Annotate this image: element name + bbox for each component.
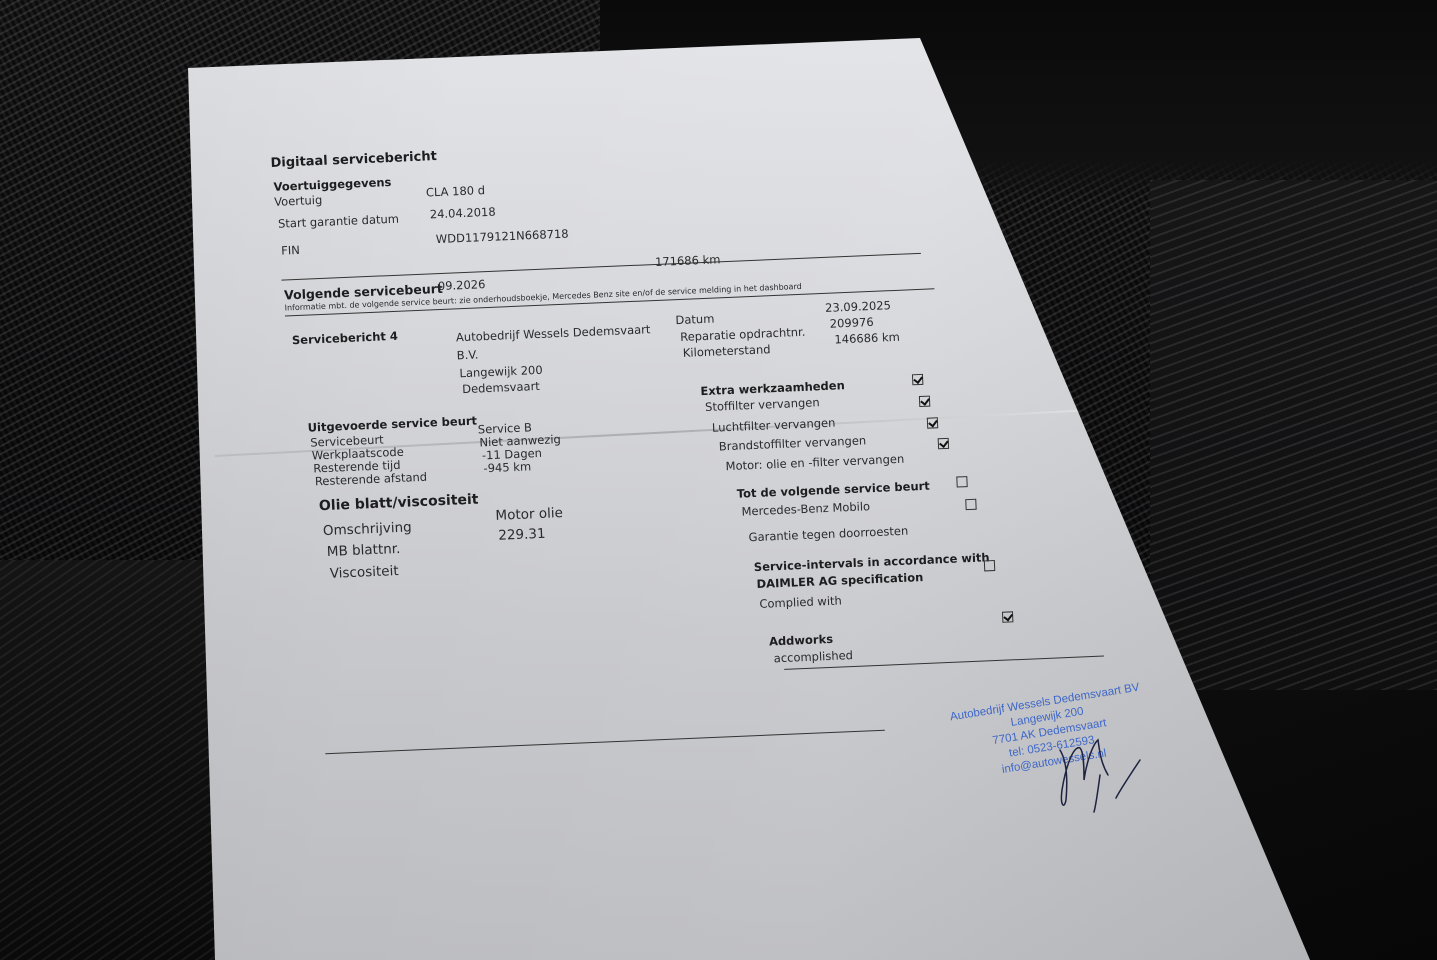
seat-bolster-right <box>1150 180 1437 700</box>
viscosity-label: Viscositeit <box>329 563 398 582</box>
performed-service-heading: Uitgevoerde service beurt <box>307 414 477 435</box>
addworks-heading: Addworks <box>769 632 834 649</box>
warranty-start-label: Start garantie datum <box>278 212 399 231</box>
fin-label: FIN <box>281 243 300 258</box>
odometer-value: 146686 km <box>834 330 900 347</box>
warranty-start-value: 24.04.2018 <box>430 205 496 222</box>
section-divider <box>281 253 920 281</box>
cabin-filter-checkbox[interactable] <box>912 374 923 385</box>
vehicle-value: CLA 180 d <box>426 183 486 199</box>
mobilo-label: Mercedes-Benz Mobilo <box>741 499 870 518</box>
intervals-heading-line1: Service-intervals in accordance with <box>754 550 990 574</box>
next-service-mileage: 171686 km <box>655 252 721 269</box>
seat-cushion-left <box>0 560 240 960</box>
extra-work-item-label: Brandstoffilter vervangen <box>719 433 867 453</box>
remaining-distance-value: -945 km <box>483 459 531 475</box>
extra-work-heading: Extra werkzaamheden <box>700 378 845 398</box>
dealer-name-line2: B.V. <box>456 347 478 362</box>
oil-description-label: Omschrijving <box>323 519 412 539</box>
date-value: 23.09.2025 <box>825 298 891 315</box>
intervals-complied-checkbox[interactable] <box>984 560 995 571</box>
mobilo-checkbox[interactable] <box>956 476 967 487</box>
dealer-name-line1: Autobedrijf Wessels Dedemsvaart <box>456 322 651 344</box>
odometer-label: Kilometerstand <box>683 342 771 360</box>
vehicle-label: Voertuig <box>274 193 323 209</box>
addworks-label: accomplished <box>773 648 853 665</box>
extra-work-item-label: Motor: olie en -filter vervangen <box>725 452 904 473</box>
mb-sheet-label: MB blattnr. <box>327 541 401 560</box>
rust-warranty-label: Garantie tegen doorroesten <box>748 524 908 545</box>
repair-order-label: Reparatie opdrachtnr. <box>680 325 806 344</box>
oil-change-checkbox[interactable] <box>938 438 949 449</box>
dealer-address: Langewijk 200 <box>459 363 543 380</box>
until-next-heading: Tot de volgende service beurt <box>737 479 931 501</box>
rust-warranty-checkbox[interactable] <box>965 499 976 510</box>
dealer-city: Dedemsvaart <box>462 379 540 396</box>
signature-line <box>325 730 885 754</box>
mb-sheet-value: 229.31 <box>498 526 546 544</box>
document-title: Digitaal servicebericht <box>270 149 437 171</box>
vehicle-section-heading: Voertuiggegevens <box>273 175 391 194</box>
oil-section-heading: Olie blatt/viscositeit <box>319 492 479 515</box>
fuel-filter-checkbox[interactable] <box>927 417 938 428</box>
intervals-complied-label: Complied with <box>759 593 842 610</box>
printed-document: Digitaal servicebericht Voertuiggegevens… <box>270 116 1115 770</box>
next-service-date: 09.2026 <box>438 277 486 293</box>
extra-work-item-label: Stoffilter vervangen <box>705 395 820 414</box>
intervals-heading-line2: DAIMLER AG specification <box>756 570 923 591</box>
service-report-heading: Servicebericht 4 <box>292 329 398 347</box>
addworks-checkbox[interactable] <box>1002 611 1013 622</box>
date-label: Datum <box>675 312 714 328</box>
repair-order-value: 209976 <box>829 315 873 331</box>
oil-description-value: Motor olie <box>495 505 563 524</box>
signature-icon <box>1040 720 1160 820</box>
air-filter-checkbox[interactable] <box>919 396 930 407</box>
fin-value: WDD1179121N668718 <box>436 227 569 247</box>
extra-work-item-label: Luchtfilter vervangen <box>712 416 836 435</box>
